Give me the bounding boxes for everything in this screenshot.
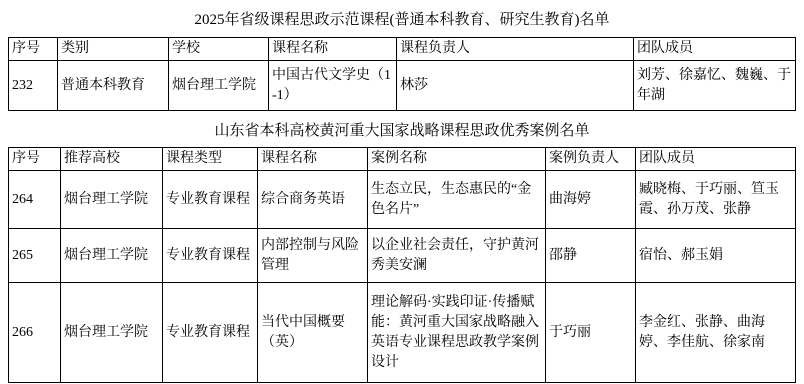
column-header-serial: 序号 — [9, 148, 61, 171]
cell-course-leader: 林莎 — [397, 61, 634, 111]
cell-team-members: 臧晓梅、于巧丽、笪玉霞、孙万茂、张静 — [636, 171, 796, 229]
cell-serial: 265 — [9, 229, 61, 283]
cell-team-members: 李金红、张静、曲海婷、李佳航、徐家南 — [636, 283, 796, 383]
cell-team-members: 宿怡、郝玉娟 — [636, 229, 796, 283]
cell-course-name: 综合商务英语 — [258, 171, 368, 229]
cell-course-name: 当代中国概要（英） — [258, 283, 368, 383]
document-page: 2025年省级课程思政示范课程(普通本科教育、研究生教育)名单 序号 类别 学校… — [0, 0, 804, 384]
table2-title: 山东省本科高校黄河重大国家战略课程思政优秀案例名单 — [8, 121, 796, 141]
cell-serial: 232 — [9, 61, 58, 111]
cell-course-name: 内部控制与风险管理 — [258, 229, 368, 283]
cell-case-leader: 曲海婷 — [546, 171, 636, 229]
cell-case-name: 以企业社会责任，守护黄河秀美安澜 — [368, 229, 546, 283]
cell-school: 烟台理工学院 — [169, 61, 269, 111]
cell-course-type: 专业教育课程 — [163, 229, 258, 283]
column-header-team-members: 团队成员 — [636, 148, 796, 171]
column-header-course-leader: 课程负责人 — [397, 38, 634, 61]
column-header-course-name: 课程名称 — [269, 38, 397, 61]
column-header-case-leader: 案例负责人 — [546, 148, 636, 171]
cell-course-type: 专业教育课程 — [163, 283, 258, 383]
cell-team-members: 刘芳、徐嘉忆、魏巍、于年湖 — [634, 61, 796, 111]
table-row: 232 普通本科教育 烟台理工学院 中国古代文学史（1-1） 林莎 刘芳、徐嘉忆… — [9, 61, 796, 111]
table1-header-row: 序号 类别 学校 课程名称 课程负责人 团队成员 — [9, 38, 796, 61]
column-header-school: 学校 — [169, 38, 269, 61]
table1-title: 2025年省级课程思政示范课程(普通本科教育、研究生教育)名单 — [8, 10, 796, 30]
cell-recommending-school: 烟台理工学院 — [61, 229, 163, 283]
table-row: 266 烟台理工学院 专业教育课程 当代中国概要（英） 理论解码·实践印证·传播… — [9, 283, 796, 383]
column-header-recommending-school: 推荐高校 — [61, 148, 163, 171]
cell-case-name: 理论解码·实践印证·传播赋能：黄河重大国家战略融入英语专业课程思政教学案例设计 — [368, 283, 546, 383]
column-header-serial: 序号 — [9, 38, 58, 61]
cell-recommending-school: 烟台理工学院 — [61, 171, 163, 229]
table1-demonstration-courses: 序号 类别 学校 课程名称 课程负责人 团队成员 232 普通本科教育 烟台理工… — [8, 37, 796, 111]
table-row: 265 烟台理工学院 专业教育课程 内部控制与风险管理 以企业社会责任，守护黄河… — [9, 229, 796, 283]
column-header-case-name: 案例名称 — [368, 148, 546, 171]
column-header-course-type: 课程类型 — [163, 148, 258, 171]
cell-course-name: 中国古代文学史（1-1） — [269, 61, 397, 111]
table-row: 264 烟台理工学院 专业教育课程 综合商务英语 生态立民，生态惠民的“金色名片… — [9, 171, 796, 229]
cell-case-leader: 邵静 — [546, 229, 636, 283]
column-header-course-name: 课程名称 — [258, 148, 368, 171]
cell-recommending-school: 烟台理工学院 — [61, 283, 163, 383]
cell-case-leader: 于巧丽 — [546, 283, 636, 383]
table2-header-row: 序号 推荐高校 课程类型 课程名称 案例名称 案例负责人 团队成员 — [9, 148, 796, 171]
cell-category: 普通本科教育 — [58, 61, 169, 111]
cell-serial: 264 — [9, 171, 61, 229]
cell-serial: 266 — [9, 283, 61, 383]
table2-yellow-river-cases: 序号 推荐高校 课程类型 课程名称 案例名称 案例负责人 团队成员 264 烟台… — [8, 147, 796, 383]
cell-case-name: 生态立民，生态惠民的“金色名片” — [368, 171, 546, 229]
cell-course-type: 专业教育课程 — [163, 171, 258, 229]
column-header-team-members: 团队成员 — [634, 38, 796, 61]
column-header-category: 类别 — [58, 38, 169, 61]
